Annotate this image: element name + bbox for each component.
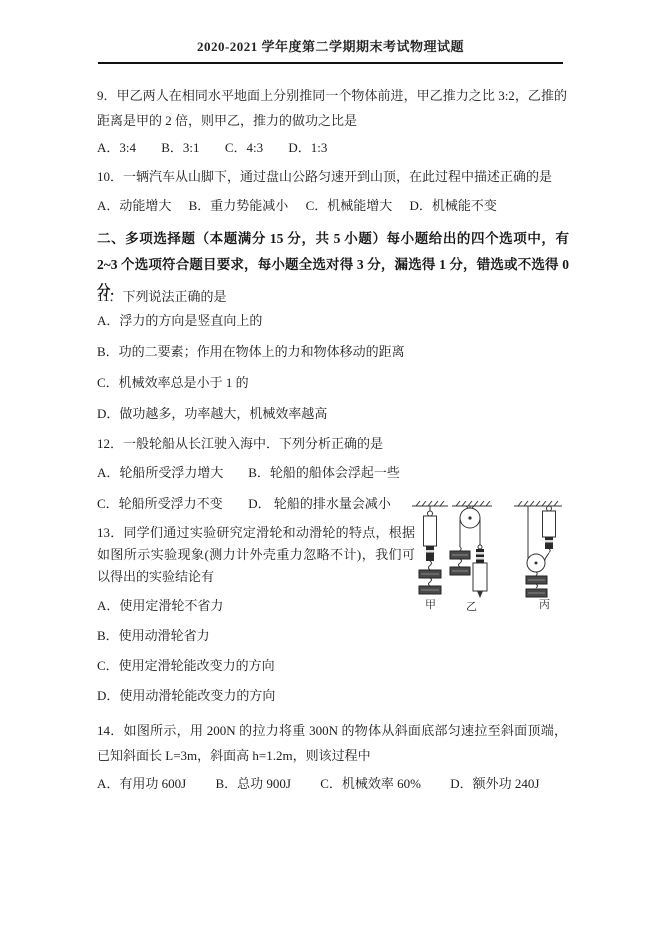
question-11-option-a: A．浮力的方向是竖直向上的	[97, 305, 567, 336]
question-12-option-b: B．轮船的船体会浮起一些	[248, 462, 400, 481]
page-title: 2020-2021 学年度第二学期期末考试物理试题	[0, 36, 661, 55]
question-12-options-row-1: A．轮船所受浮力增大 B．轮船的船体会浮起一些	[97, 462, 567, 481]
header-divider	[98, 62, 563, 64]
question-13-option-b: B．使用动滑轮省力	[97, 621, 567, 651]
question-10-option-a: A．动能增大	[97, 195, 171, 214]
pulley-experiment-figure: 甲 乙 丙	[408, 487, 570, 620]
pulley-figure-svg: 甲 乙 丙	[408, 487, 570, 620]
question-14-options: A．有用功 600J B．总功 900J C．机械效率 60% D．额外功 24…	[97, 773, 567, 792]
question-9-option-b: B．3:1	[161, 137, 199, 156]
movable-pulley-setup-bing	[514, 501, 562, 597]
question-9-stem: 9．甲乙两人在相同水平地面上分别推同一个物体前进，甲乙推力之比 3:2，乙推的距…	[97, 83, 567, 133]
fixed-scale-setup-jia	[412, 501, 448, 594]
question-10-option-b: B．重力势能减小	[189, 195, 289, 214]
question-9-option-d: D．1:3	[288, 137, 327, 156]
question-13-option-c: C．使用定滑轮能改变力的方向	[97, 651, 567, 681]
question-14-stem: 14．如图所示，用 200N 的拉力将重 300N 的物体从斜面底部匀速拉至斜面…	[97, 718, 567, 768]
exam-page: 2020-2021 学年度第二学期期末考试物理试题 9．甲乙两人在相同水平地面上…	[0, 0, 661, 935]
question-13-stem: 13．同学们通过实验研究定滑轮和动滑轮的特点，根据如图所示实验现象(测力计外壳重…	[97, 522, 415, 588]
question-12-option-c: C．轮船所受浮力不变	[97, 493, 245, 512]
question-12-stem: 12．一般轮船从长江驶入海中．下列分析正确的是	[97, 431, 567, 456]
question-11-option-c: C．机械效率总是小于 1 的	[97, 367, 567, 398]
question-11-option-b: B．功的二要素；作用在物体上的力和物体移动的距离	[97, 336, 567, 367]
figure-label-yi: 乙	[466, 600, 477, 613]
fixed-pulley-setup-yi	[450, 501, 492, 598]
figure-label-bing: 丙	[539, 598, 550, 611]
question-14-option-a: A．有用功 600J	[97, 773, 186, 792]
question-11-options: A．浮力的方向是竖直向上的 B．功的二要素；作用在物体上的力和物体移动的距离 C…	[97, 305, 567, 429]
question-14-option-b: B．总功 900J	[215, 773, 290, 792]
question-10-option-c: C．机械能增大	[306, 195, 393, 214]
question-10-options: A．动能增大 B．重力势能减小 C．机械能增大 D．机械能不变	[97, 195, 567, 214]
question-10-stem: 10．一辆汽车从山脚下，通过盘山公路匀速开到山顶，在此过程中描述正确的是	[97, 164, 567, 189]
figure-label-jia: 甲	[425, 598, 436, 611]
question-11-option-d: D．做功越多，功率越大，机械效率越高	[97, 398, 567, 429]
question-10-option-d: D．机械能不变	[409, 195, 496, 214]
question-9-option-a: A．3:4	[97, 137, 136, 156]
question-12-option-a: A．轮船所受浮力增大	[97, 462, 245, 481]
question-9-option-c: C．4:3	[225, 137, 263, 156]
question-13-option-d: D．使用动滑轮能改变力的方向	[97, 681, 567, 711]
question-12-option-d: D． 轮船的排水量会减小	[248, 493, 391, 512]
question-14-option-c: C．机械效率 60%	[320, 773, 421, 792]
question-14-option-d: D．额外功 240J	[450, 773, 539, 792]
question-9-options: A．3:4 B．3:1 C．4:3 D．1:3	[97, 137, 567, 156]
